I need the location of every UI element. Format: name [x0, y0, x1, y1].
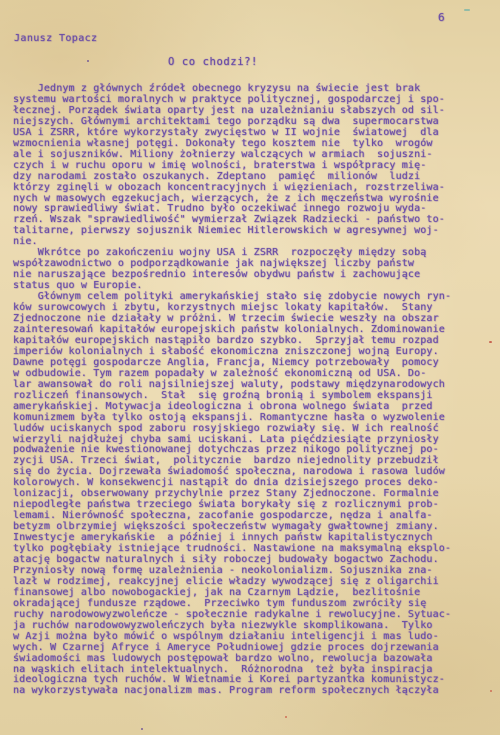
document-body: Jednym z głównych źródeł obecnego kryzys…	[13, 84, 492, 697]
document-page: 6 Janusz Topacz O co chodzi?! Jednym z g…	[0, 0, 500, 735]
paper-speck	[490, 690, 492, 692]
author-name: Janusz Topacz	[14, 33, 97, 44]
paper-speck	[464, 9, 470, 11]
paragraph-2: Wkrótce po zakończeniu wojny USA i ZSRR …	[13, 248, 492, 292]
paper-speck	[489, 341, 492, 343]
paper-speck	[87, 60, 89, 62]
paragraph-1: Jednym z głównych źródeł obecnego kryzys…	[13, 84, 492, 248]
page-title: O co chodzi?!	[168, 56, 258, 68]
page-number: 6	[438, 11, 445, 24]
paper-speck	[141, 728, 143, 730]
paper-speck	[285, 716, 287, 718]
paragraph-3: Głównym celem polityki amerykańskiej sta…	[13, 292, 492, 697]
